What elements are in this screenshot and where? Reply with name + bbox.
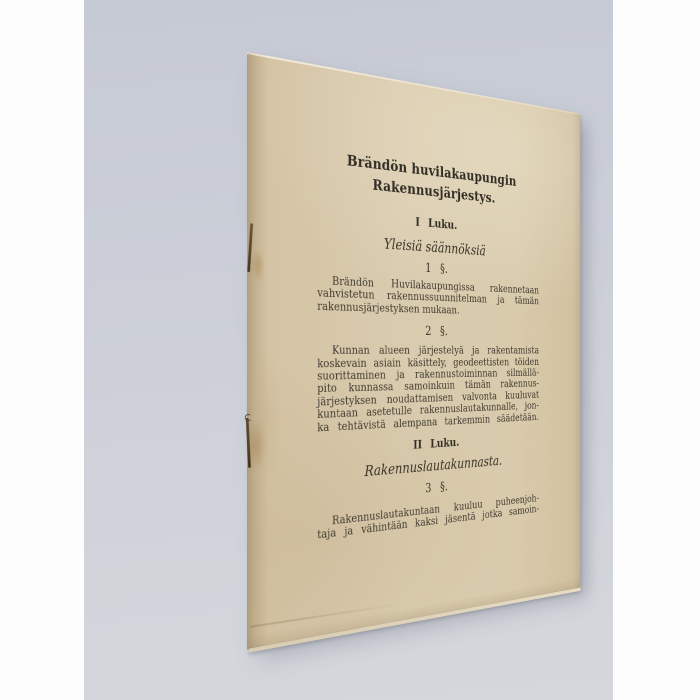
booklet-cover: Brändön huvilakaupungin Rakennusjärjesty… [247,52,580,650]
photo-backdrop: Brändön huvilakaupungin Rakennusjärjesty… [84,0,613,700]
section2-mark: 2 §. [317,323,539,339]
product-photo: { "photo": { "canvas_color": "#fdfdfd", … [0,0,700,700]
booklet-title: Brändön huvilakaupungin Rakennusjärjesty… [317,145,539,212]
cover-text-block: Brändön huvilakaupungin Rakennusjärjesty… [247,52,580,650]
section2-paragraph: Kunnan alueen järjestelyä ja rakentamist… [317,345,539,435]
age-stain [252,342,282,491]
section1-paragraph: Brändön Huvilakaupungissa rakennetaan va… [317,274,539,318]
rust-stain [251,248,265,283]
